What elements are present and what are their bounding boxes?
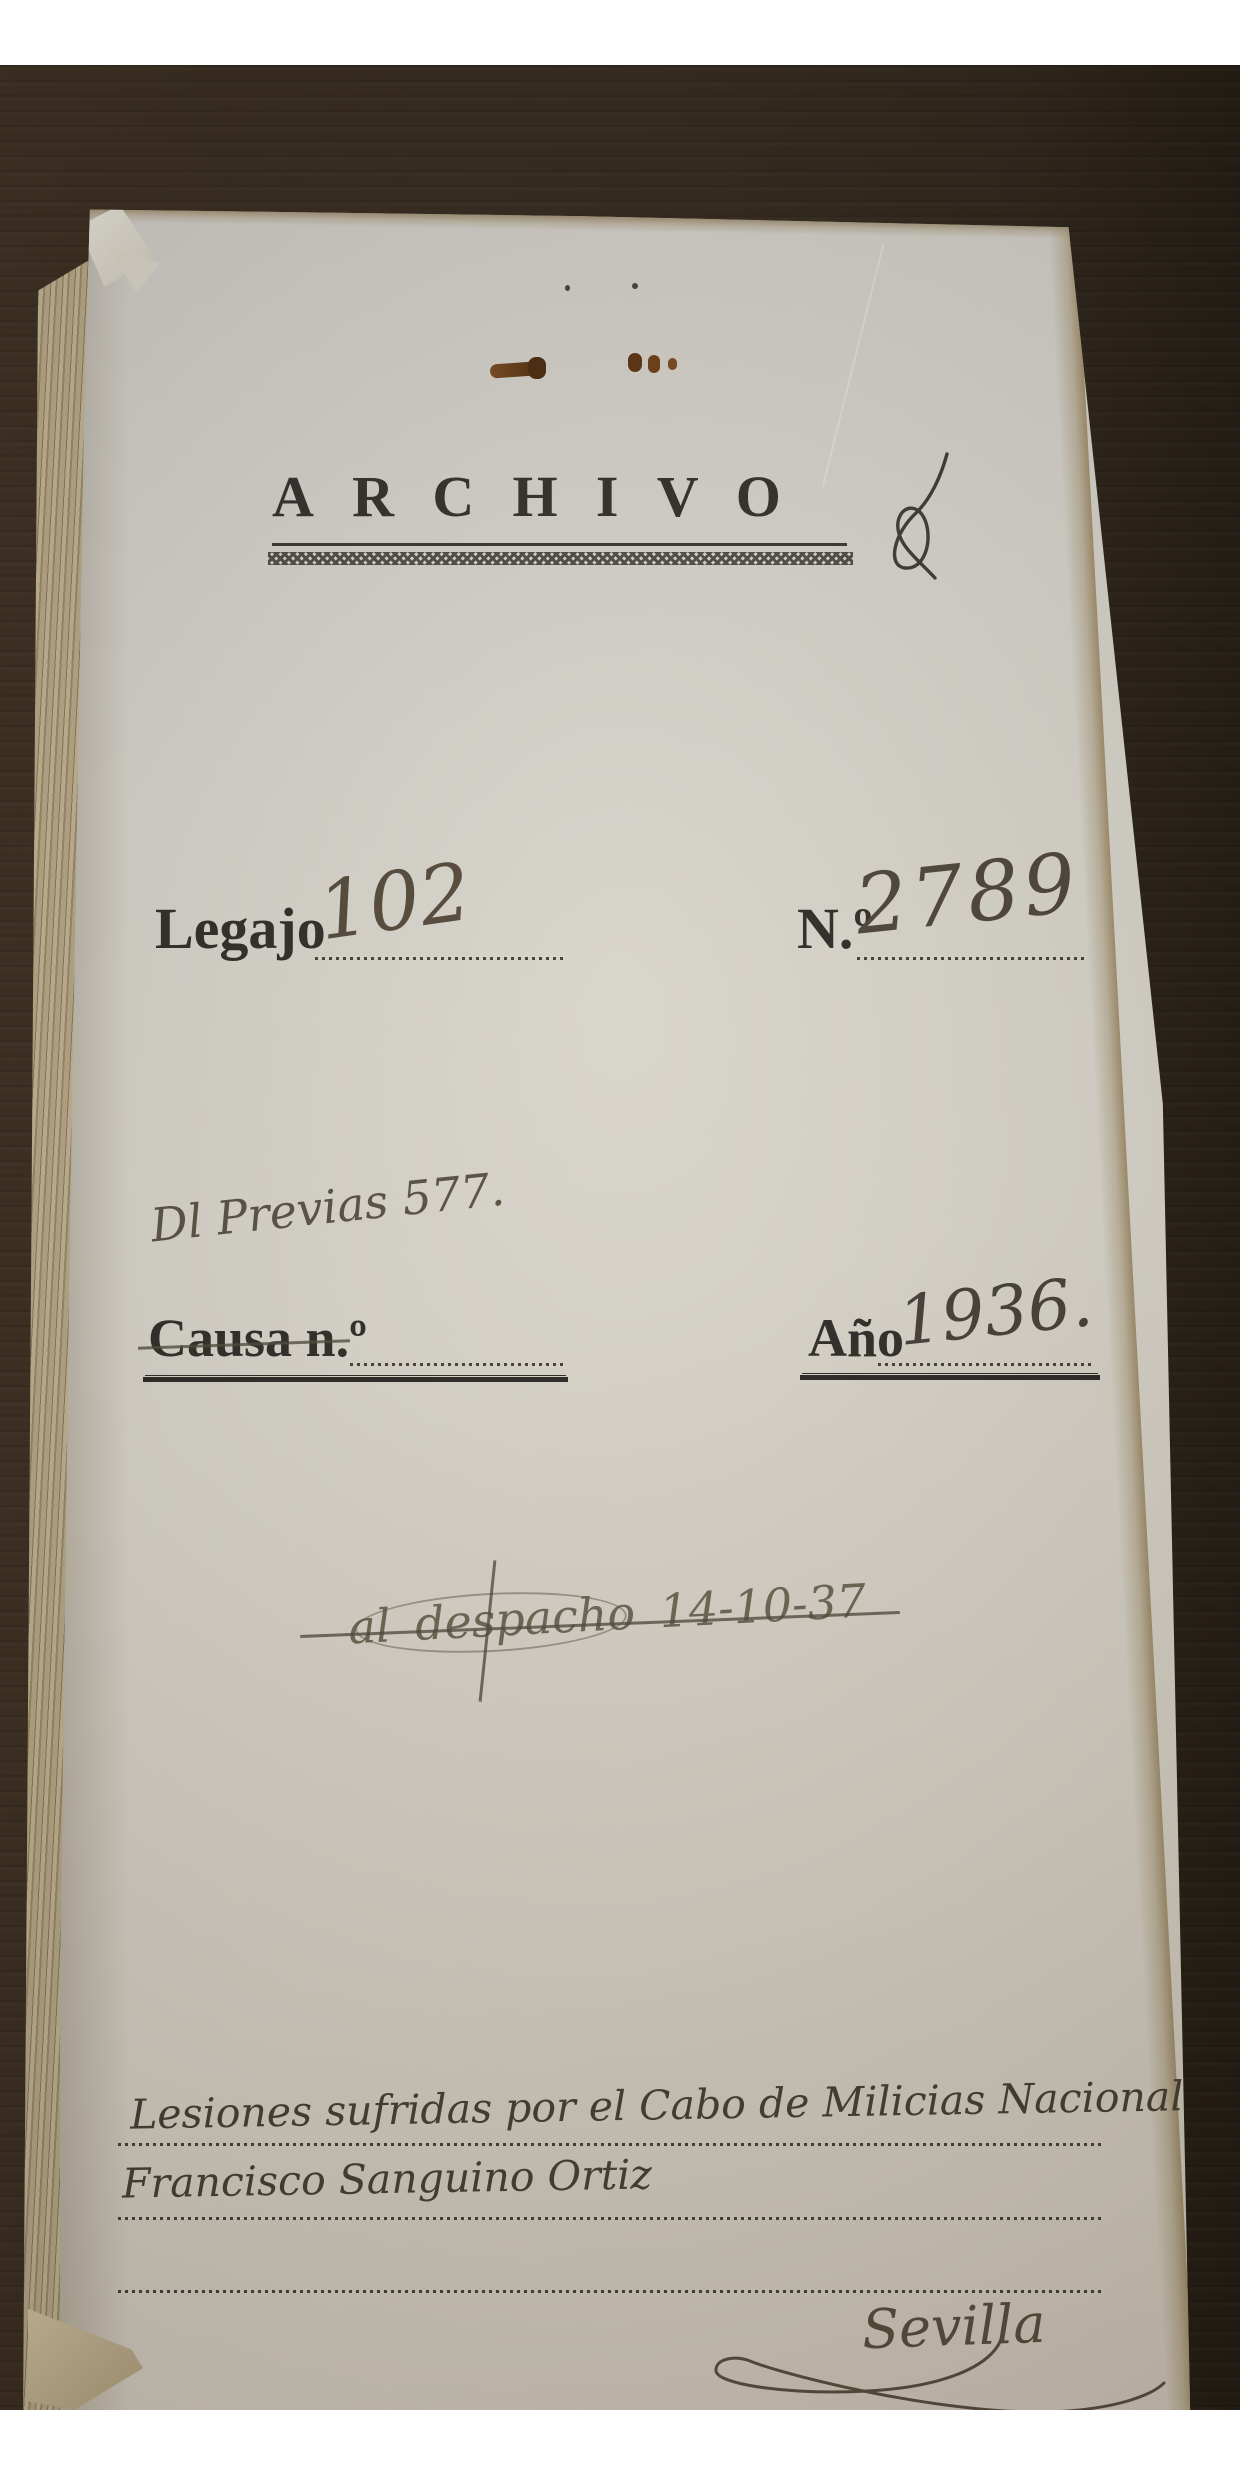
legajo-label: Legajo	[155, 895, 326, 962]
anio-label: Año	[808, 1307, 904, 1369]
title-hatch-band	[268, 552, 853, 565]
legajo-value-handwritten: 102	[312, 845, 476, 958]
archive-title: ARCHIVO	[272, 463, 819, 530]
numero-dotted-line	[857, 957, 1085, 960]
legajo-dotted-line	[315, 957, 565, 960]
photo-of-archive-cover: ARCHIVO Legajo 102 N.º 2789 Dl Previas 5…	[0, 0, 1240, 2479]
subject-line-1-handwritten: Lesiones sufridas por el Cabo de Milicia…	[130, 2071, 1229, 2138]
causa-dotted-line	[350, 1363, 565, 1366]
ink-speck	[565, 285, 570, 291]
title-underline	[272, 543, 847, 546]
causa-heavy-rule	[143, 1377, 568, 1382]
numero-value-handwritten: 2789	[851, 836, 1084, 954]
subject-dotted-line-3	[118, 2290, 1103, 2293]
anio-value-handwritten: 1936.	[894, 1263, 1096, 1362]
subject-dotted-line-2	[118, 2217, 1103, 2220]
archive-folder-cover: ARCHIVO Legajo 102 N.º 2789 Dl Previas 5…	[60, 205, 1210, 2410]
rubric-flourish-icon	[875, 448, 975, 593]
causa-label: Causa n.º	[148, 1307, 367, 1369]
previas-note-handwritten: Dl Previas 577.	[148, 1162, 507, 1253]
wood-table-background: ARCHIVO Legajo 102 N.º 2789 Dl Previas 5…	[0, 65, 1240, 2410]
rust-stain	[648, 355, 660, 373]
rust-stain	[668, 358, 677, 370]
rust-stain	[528, 357, 546, 379]
rust-stain	[628, 353, 642, 372]
subject-dotted-line-1	[118, 2143, 1103, 2146]
subject-line-2-handwritten: Francisco Sanguino Ortiz	[122, 2150, 653, 2207]
ink-speck	[632, 283, 638, 289]
anio-heavy-rule	[800, 1375, 1100, 1380]
place-underline-flourish-icon	[700, 2333, 1170, 2410]
anio-dotted-line	[878, 1363, 1092, 1366]
paper-top-worn-edge	[86, 207, 1076, 239]
